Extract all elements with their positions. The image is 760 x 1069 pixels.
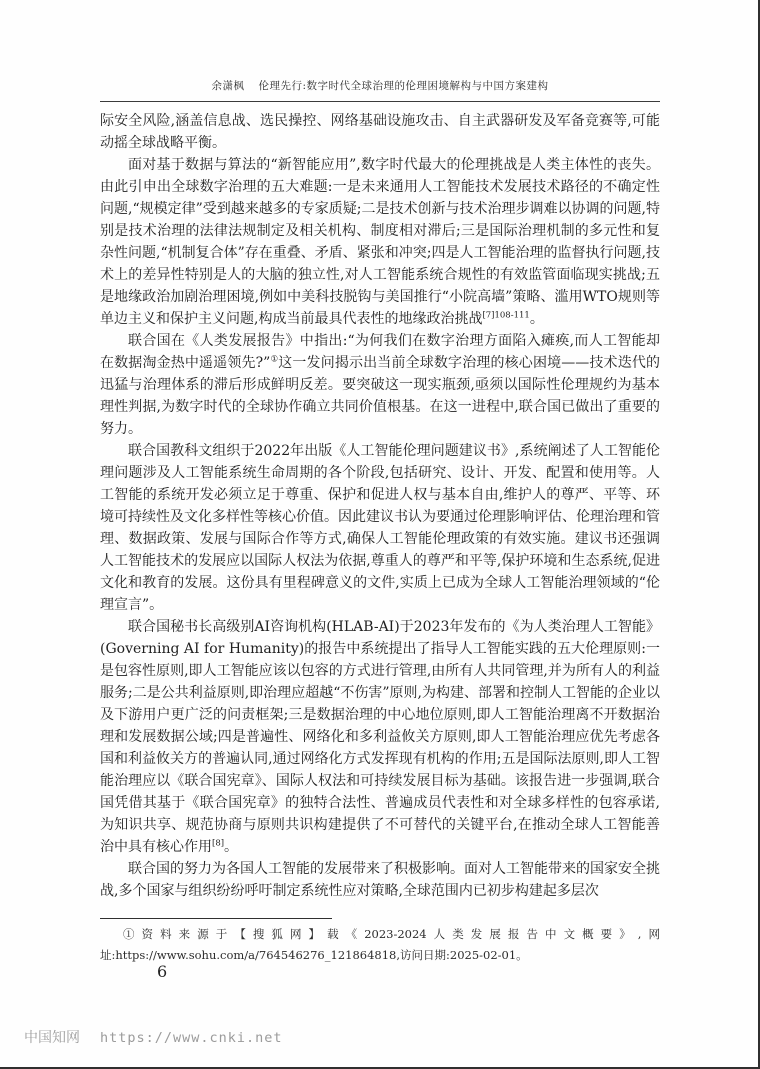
cnki-watermark: 中国知网https://www.cnki.net <box>24 1027 283 1047</box>
footnote-text: ①资料来源于【搜狐网】载《2023-2024人类发展报告中文概要》,网址:htt… <box>100 927 660 962</box>
running-header: 余潇枫伦理先行:数字时代全球治理的伦理困境解构与中国方案建构 <box>100 78 660 93</box>
paragraph-5-text: 联合国秘书长高级别AI咨询机构(HLAB-AI)于2023年发布的《为人类治理人… <box>100 619 660 855</box>
paragraph-6: 联合国的努力为各国人工智能的发展带来了积极影响。面对人工智能带来的国家安全挑战,… <box>100 858 660 902</box>
body-text: 际安全风险,涵盖信息战、选民操控、网络基础设施攻击、自主武器研发及军备竞赛等,可… <box>100 110 660 902</box>
cnki-site-name: 中国知网 <box>24 1030 80 1046</box>
paragraph-5-end: 。 <box>224 839 238 855</box>
citation-8-marker: [8] <box>212 838 224 848</box>
header-author: 余潇枫 <box>211 80 244 92</box>
header-rule <box>100 101 660 102</box>
paragraph-2: 面对基于数据与算法的“新智能应用”,数字时代最大的伦理挑战是人类主体性的丧失。由… <box>100 154 660 330</box>
paragraph-6-text: 联合国的努力为各国人工智能的发展带来了积极影响。面对人工智能带来的国家安全挑战,… <box>100 861 660 899</box>
header-title: 伦理先行:数字时代全球治理的伦理困境解构与中国方案建构 <box>258 80 548 92</box>
paragraph-5: 联合国秘书长高级别AI咨询机构(HLAB-AI)于2023年发布的《为人类治理人… <box>100 616 660 858</box>
paragraph-1-text: 际安全风险,涵盖信息战、选民操控、网络基础设施攻击、自主武器研发及军备竞赛等,可… <box>100 113 660 151</box>
paragraph-2-text: 面对基于数据与算法的“新智能应用”,数字时代最大的伦理挑战是人类主体性的丧失。由… <box>100 157 660 327</box>
footnote-divider <box>100 918 332 919</box>
paragraph-2-end: 。 <box>530 311 544 327</box>
footnote: ①资料来源于【搜狐网】载《2023-2024人类发展报告中文概要》,网址:htt… <box>100 924 660 966</box>
paragraph-4-text: 联合国教科文组织于2022年出版《人工智能伦理问题建议书》,系统阐述了人工智能伦… <box>100 443 660 613</box>
cnki-site-url: https://www.cnki.net <box>100 1030 283 1046</box>
citation-7-marker: [7]108-111 <box>482 310 529 320</box>
document-page: 余潇枫伦理先行:数字时代全球治理的伦理困境解构与中国方案建构 际安全风险,涵盖信… <box>0 0 760 1069</box>
page-number: 6 <box>157 962 167 981</box>
paragraph-3: 联合国在《人类发展报告》中指出:“为何我们在数字治理方面陷入瘫痪,而人工智能却在… <box>100 330 660 440</box>
paragraph-4: 联合国教科文组织于2022年出版《人工智能伦理问题建议书》,系统阐述了人工智能伦… <box>100 440 660 616</box>
paragraph-1: 际安全风险,涵盖信息战、选民操控、网络基础设施攻击、自主武器研发及军备竞赛等,可… <box>100 110 660 154</box>
